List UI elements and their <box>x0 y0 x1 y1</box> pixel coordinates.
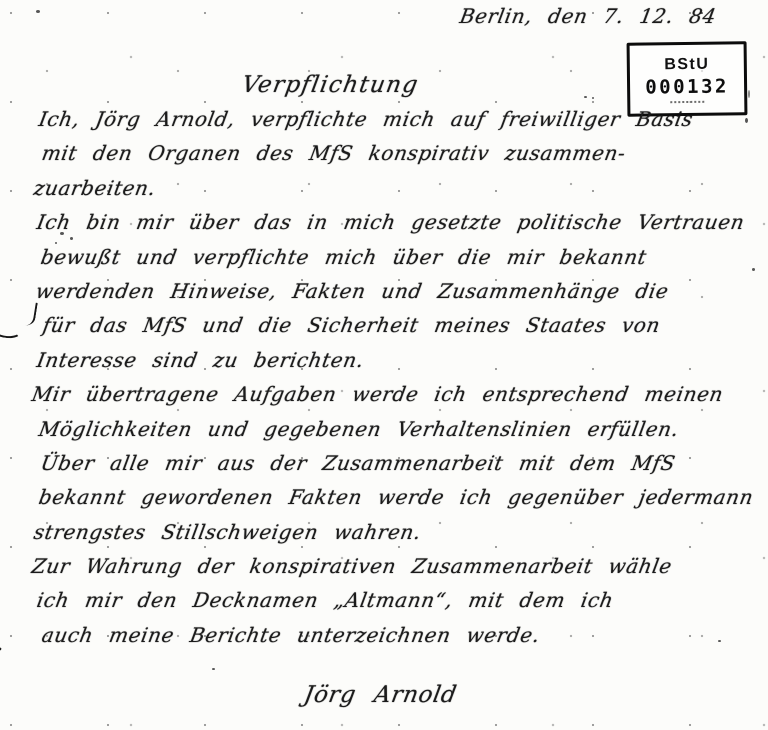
date-line: Berlin, den 7. 12. 84 <box>458 4 718 28</box>
signature: Jörg Arnold <box>302 682 459 708</box>
stamp-serial-number: 000132 <box>645 74 729 99</box>
handwritten-line: werdenden Hinweise, Fakten und Zusammenh… <box>33 274 756 308</box>
handwritten-line: Über alle mir aus der Zusammenarbeit mit… <box>38 446 756 480</box>
handwritten-line: zuarbeiten. <box>31 171 756 205</box>
scan-speck <box>700 12 703 14</box>
handwritten-line: Zur Wahrung der konspirativen Zusammenar… <box>29 549 756 583</box>
scan-speck <box>55 242 57 244</box>
handwritten-line: strengstes Stillschweigen wahren. <box>31 515 756 549</box>
scan-speck <box>212 668 215 670</box>
handwritten-line: für das MfS und die Sicherheit meines St… <box>40 308 756 342</box>
punch-mark-artifact <box>0 630 14 653</box>
handwritten-line: auch meine Berichte unterzeichnen werde. <box>39 618 756 652</box>
document-body: Ich, Jörg Arnold, verpflichte mich auf f… <box>36 102 750 652</box>
handwritten-line: Interesse sind zu berichten. <box>34 343 756 377</box>
scan-speck <box>748 90 750 98</box>
punch-mark-artifact <box>0 320 23 339</box>
handwritten-line: Mir übertragene Aufgaben werde ich entsp… <box>29 377 756 411</box>
handwritten-line: ich mir den Decknamen „Altmann“, mit dem… <box>34 583 756 617</box>
scan-speck <box>584 96 587 98</box>
scan-speck <box>592 97 594 99</box>
handwritten-line: Ich bin mir über das in mich gesetzte po… <box>34 205 756 239</box>
scan-speck <box>718 640 721 642</box>
stamp-agency-label: BStU <box>664 55 709 76</box>
handwritten-line: Möglichkeiten und gegebenen Verhaltensli… <box>36 412 756 446</box>
scan-speck <box>70 237 73 240</box>
scan-speck <box>60 232 64 235</box>
scan-speck <box>752 268 755 271</box>
scanned-document-page: Berlin, den 7. 12. 84 BStU 000132 Verpfl… <box>0 0 768 730</box>
handwritten-line: bekannt gewordenen Fakten werde ich gege… <box>36 480 756 514</box>
handwritten-line: Ich, Jörg Arnold, verpflichte mich auf f… <box>36 102 756 136</box>
handwritten-line: mit den Organen des MfS konspirativ zusa… <box>39 136 756 170</box>
scan-speck <box>36 10 40 13</box>
scan-speck <box>745 118 748 123</box>
handwritten-line: bewußt und verpflichte mich über die mir… <box>38 240 756 274</box>
document-title: Verpflichtung <box>240 72 421 98</box>
